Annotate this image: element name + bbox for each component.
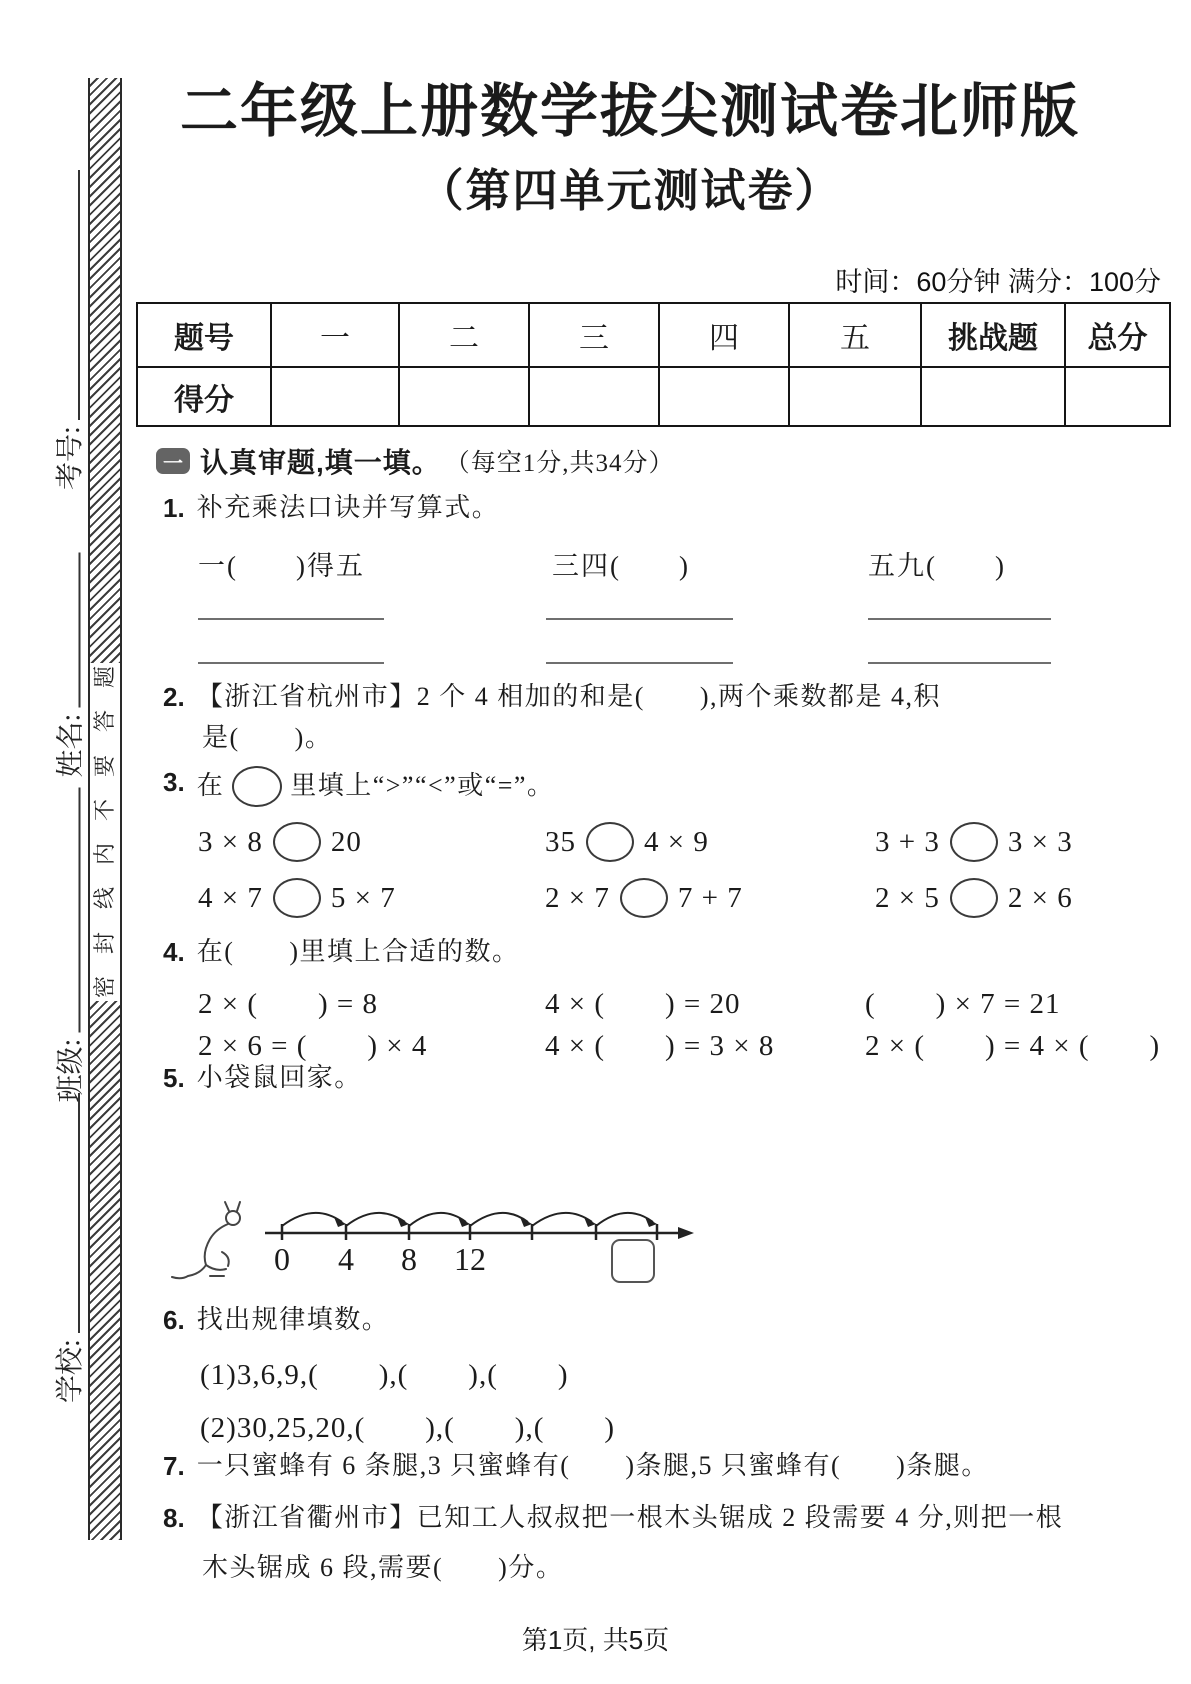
exam-number-label: 考号: [56, 426, 85, 490]
q1-mnemonic-2: 三四( ) [552, 544, 690, 583]
score-table-header-5: 五 [789, 303, 921, 367]
question-7-text: 一只蜜蜂有 6 条腿,3 只蜜蜂有( )条腿,5 只蜜蜂有( )条腿。 [197, 1450, 989, 1483]
q1-answer-line [546, 618, 733, 620]
question-4-number: 4. [163, 936, 185, 969]
compare-circle-blank [273, 878, 321, 918]
question-8-number: 8. [163, 1502, 185, 1535]
comparison-left: 2 × 7 [545, 882, 610, 915]
page-number: 第1页, 共5页 [0, 1620, 1191, 1657]
seal-char: 内 [94, 843, 116, 865]
comparison-right: 5 × 7 [331, 882, 396, 915]
question-5: 5. 小袋鼠回家。 [163, 1062, 362, 1095]
comparison-right: 3 × 3 [1008, 826, 1073, 859]
comparison-left: 2 × 5 [875, 882, 940, 915]
seal-char: 线 [94, 887, 116, 909]
school-field: 学校: [29, 1093, 85, 1403]
compare-circle-blank [950, 878, 998, 918]
score-cell [921, 367, 1065, 426]
question-8-line2: 木头锯成 6 段,需要( )分。 [202, 1552, 563, 1585]
seal-char: 封 [94, 932, 116, 954]
score-table-header-2: 二 [399, 303, 529, 367]
question-2-line2: 是( )。 [202, 722, 332, 755]
score-table-header-question: 题号 [137, 303, 271, 367]
score-cell [659, 367, 789, 426]
score-table-header-challenge: 挑战题 [921, 303, 1065, 367]
score-row-label: 得分 [137, 367, 271, 426]
seal-char: 题 [94, 666, 116, 688]
question-1: 1. 补充乘法口诀并写算式。 [163, 492, 499, 525]
comparison-left: 3 × 8 [198, 826, 263, 859]
question-7-number: 7. [163, 1450, 185, 1483]
tick-label-0: 0 [274, 1241, 290, 1277]
question-3-text-after: 里填上“>”“<”或“=”。 [290, 770, 554, 803]
question-1-text: 补充乘法口诀并写算式。 [197, 492, 500, 525]
section-one-badge: 一 [156, 448, 190, 474]
comparison-left: 4 × 7 [198, 882, 263, 915]
q4-equation: 2 × 6 = ( ) × 4 [198, 1023, 427, 1064]
student-name-blank-line [79, 553, 81, 708]
q1-answer-line [546, 662, 733, 664]
answer-box [612, 1240, 654, 1282]
seal-hatch-top [90, 78, 120, 663]
class-blank-line [79, 788, 81, 1033]
question-6: 6. 找出规律填数。 [163, 1304, 389, 1337]
comparison-item: 3 + 3 3 × 3 [875, 822, 1073, 862]
seal-hatch-bottom [90, 1001, 120, 1540]
score-table: 题号 一 二 三 四 五 挑战题 总分 得分 [136, 302, 1171, 427]
score-table-header-total: 总分 [1065, 303, 1170, 367]
comparison-right: 20 [331, 826, 362, 859]
q4-equation: 4 × ( ) = 3 × 8 [545, 1023, 774, 1064]
section-one-note: （每空1分,共34分） [445, 443, 675, 479]
school-label: 学校: [56, 1339, 85, 1403]
score-table-header-4: 四 [659, 303, 789, 367]
comparison-item: 2 × 5 2 × 6 [875, 878, 1073, 918]
school-blank-line [78, 1093, 80, 1333]
time-score-meta: 时间：60分钟 满分：100分 [140, 260, 1161, 299]
q1-answer-line [198, 618, 384, 620]
score-table-header-1: 一 [271, 303, 399, 367]
compare-circle-blank [232, 766, 282, 807]
tick-label-12: 12 [454, 1241, 486, 1277]
seal-char: 要 [94, 755, 116, 777]
q6-sequence-1: (1)3,6,9,( ),( ),( ) [200, 1352, 569, 1393]
kangaroo-number-line-figure: 0 4 8 12 [160, 1196, 720, 1296]
question-2: 2. 【浙江省杭州市】2 个 4 相加的和是( ),两个乘数都是 4,积 [163, 681, 941, 714]
page-title: 二年级上册数学拔尖测试卷北师版 [130, 64, 1130, 148]
q6-sequence-2: (2)30,25,20,( ),( ),( ) [200, 1405, 615, 1446]
score-cell [1065, 367, 1170, 426]
question-6-number: 6. [163, 1304, 185, 1337]
question-8: 8. 【浙江省衢州市】已知工人叔叔把一根木头锯成 2 段需要 4 分,则把一根 [163, 1502, 1063, 1535]
q1-answer-line [198, 662, 384, 664]
comparison-item: 2 × 7 7 + 7 [545, 878, 743, 918]
question-3-number: 3. [163, 766, 185, 799]
q4-equation: 4 × ( ) = 20 [545, 981, 741, 1022]
comparison-item: 35 4 × 9 [545, 822, 709, 862]
seal-line-text: 题 答 要 不 内 线 封 密 [90, 663, 120, 1001]
exam-number-field: 考号: [29, 170, 85, 490]
question-1-number: 1. [163, 492, 185, 525]
kangaroo-icon [172, 1202, 240, 1278]
seal-char: 答 [94, 710, 116, 732]
comparison-item: 4 × 7 5 × 7 [198, 878, 396, 918]
comparison-right: 4 × 9 [644, 826, 709, 859]
comparison-item: 3 × 8 20 [198, 822, 362, 862]
question-5-text: 小袋鼠回家。 [197, 1062, 362, 1095]
student-name-label: 姓名: [56, 714, 85, 778]
exam-number-blank-line [78, 170, 80, 420]
comparison-left: 35 [545, 826, 576, 859]
tick-label-4: 4 [338, 1241, 354, 1277]
seal-char: 不 [94, 799, 116, 821]
compare-circle-blank [620, 878, 668, 918]
tick-label-8: 8 [401, 1241, 417, 1277]
q1-answer-line [868, 662, 1051, 664]
compare-circle-blank [950, 822, 998, 862]
number-line [265, 1224, 694, 1240]
comparison-right: 2 × 6 [1008, 882, 1073, 915]
section-one-heading: 一 认真审题,填一填。 （每空1分,共34分） [156, 441, 675, 481]
question-7: 7. 一只蜜蜂有 6 条腿,3 只蜜蜂有( )条腿,5 只蜜蜂有( )条腿。 [163, 1450, 989, 1483]
seal-line-band: 题 答 要 不 内 线 封 密 [88, 78, 122, 1540]
question-3: 3. 在 里填上“>”“<”或“=”。 [163, 766, 554, 807]
comparison-left: 3 + 3 [875, 826, 940, 859]
question-8-line1: 【浙江省衢州市】已知工人叔叔把一根木头锯成 2 段需要 4 分,则把一根 [197, 1502, 1064, 1535]
question-2-number: 2. [163, 681, 185, 714]
q4-equation: ( ) × 7 = 21 [865, 981, 1061, 1022]
score-table-header-3: 三 [529, 303, 659, 367]
score-cell [271, 367, 399, 426]
comparison-right: 7 + 7 [678, 882, 743, 915]
q1-answer-line [868, 618, 1051, 620]
question-4: 4. 在( )里填上合适的数。 [163, 936, 520, 969]
question-3-text-before: 在 [197, 770, 225, 803]
student-name-field: 姓名: [30, 553, 86, 778]
score-cell [529, 367, 659, 426]
question-6-text: 找出规律填数。 [197, 1304, 390, 1337]
q4-equation: 2 × ( ) = 4 × ( ) [865, 1023, 1160, 1064]
question-4-text: 在( )里填上合适的数。 [197, 936, 520, 969]
compare-circle-blank [586, 822, 634, 862]
question-2-line1: 【浙江省杭州市】2 个 4 相加的和是( ),两个乘数都是 4,积 [197, 681, 941, 714]
question-5-number: 5. [163, 1062, 185, 1095]
score-cell [789, 367, 921, 426]
page-subtitle: （第四单元测试卷） [130, 154, 1130, 219]
section-one-title: 认真审题,填一填。 [200, 441, 441, 481]
compare-circle-blank [273, 822, 321, 862]
seal-char: 密 [94, 976, 116, 998]
test-paper-page: 考号: 姓名: 班级: 学校: 题 答 要 不 内 线 封 密 二年级上册数学拔… [0, 0, 1191, 1684]
score-cell [399, 367, 529, 426]
q4-equation: 2 × ( ) = 8 [198, 981, 378, 1022]
q1-mnemonic-1: 一( )得五 [198, 544, 365, 583]
class-field: 班级: [30, 788, 86, 1103]
q1-mnemonic-3: 五九( ) [868, 544, 1006, 583]
